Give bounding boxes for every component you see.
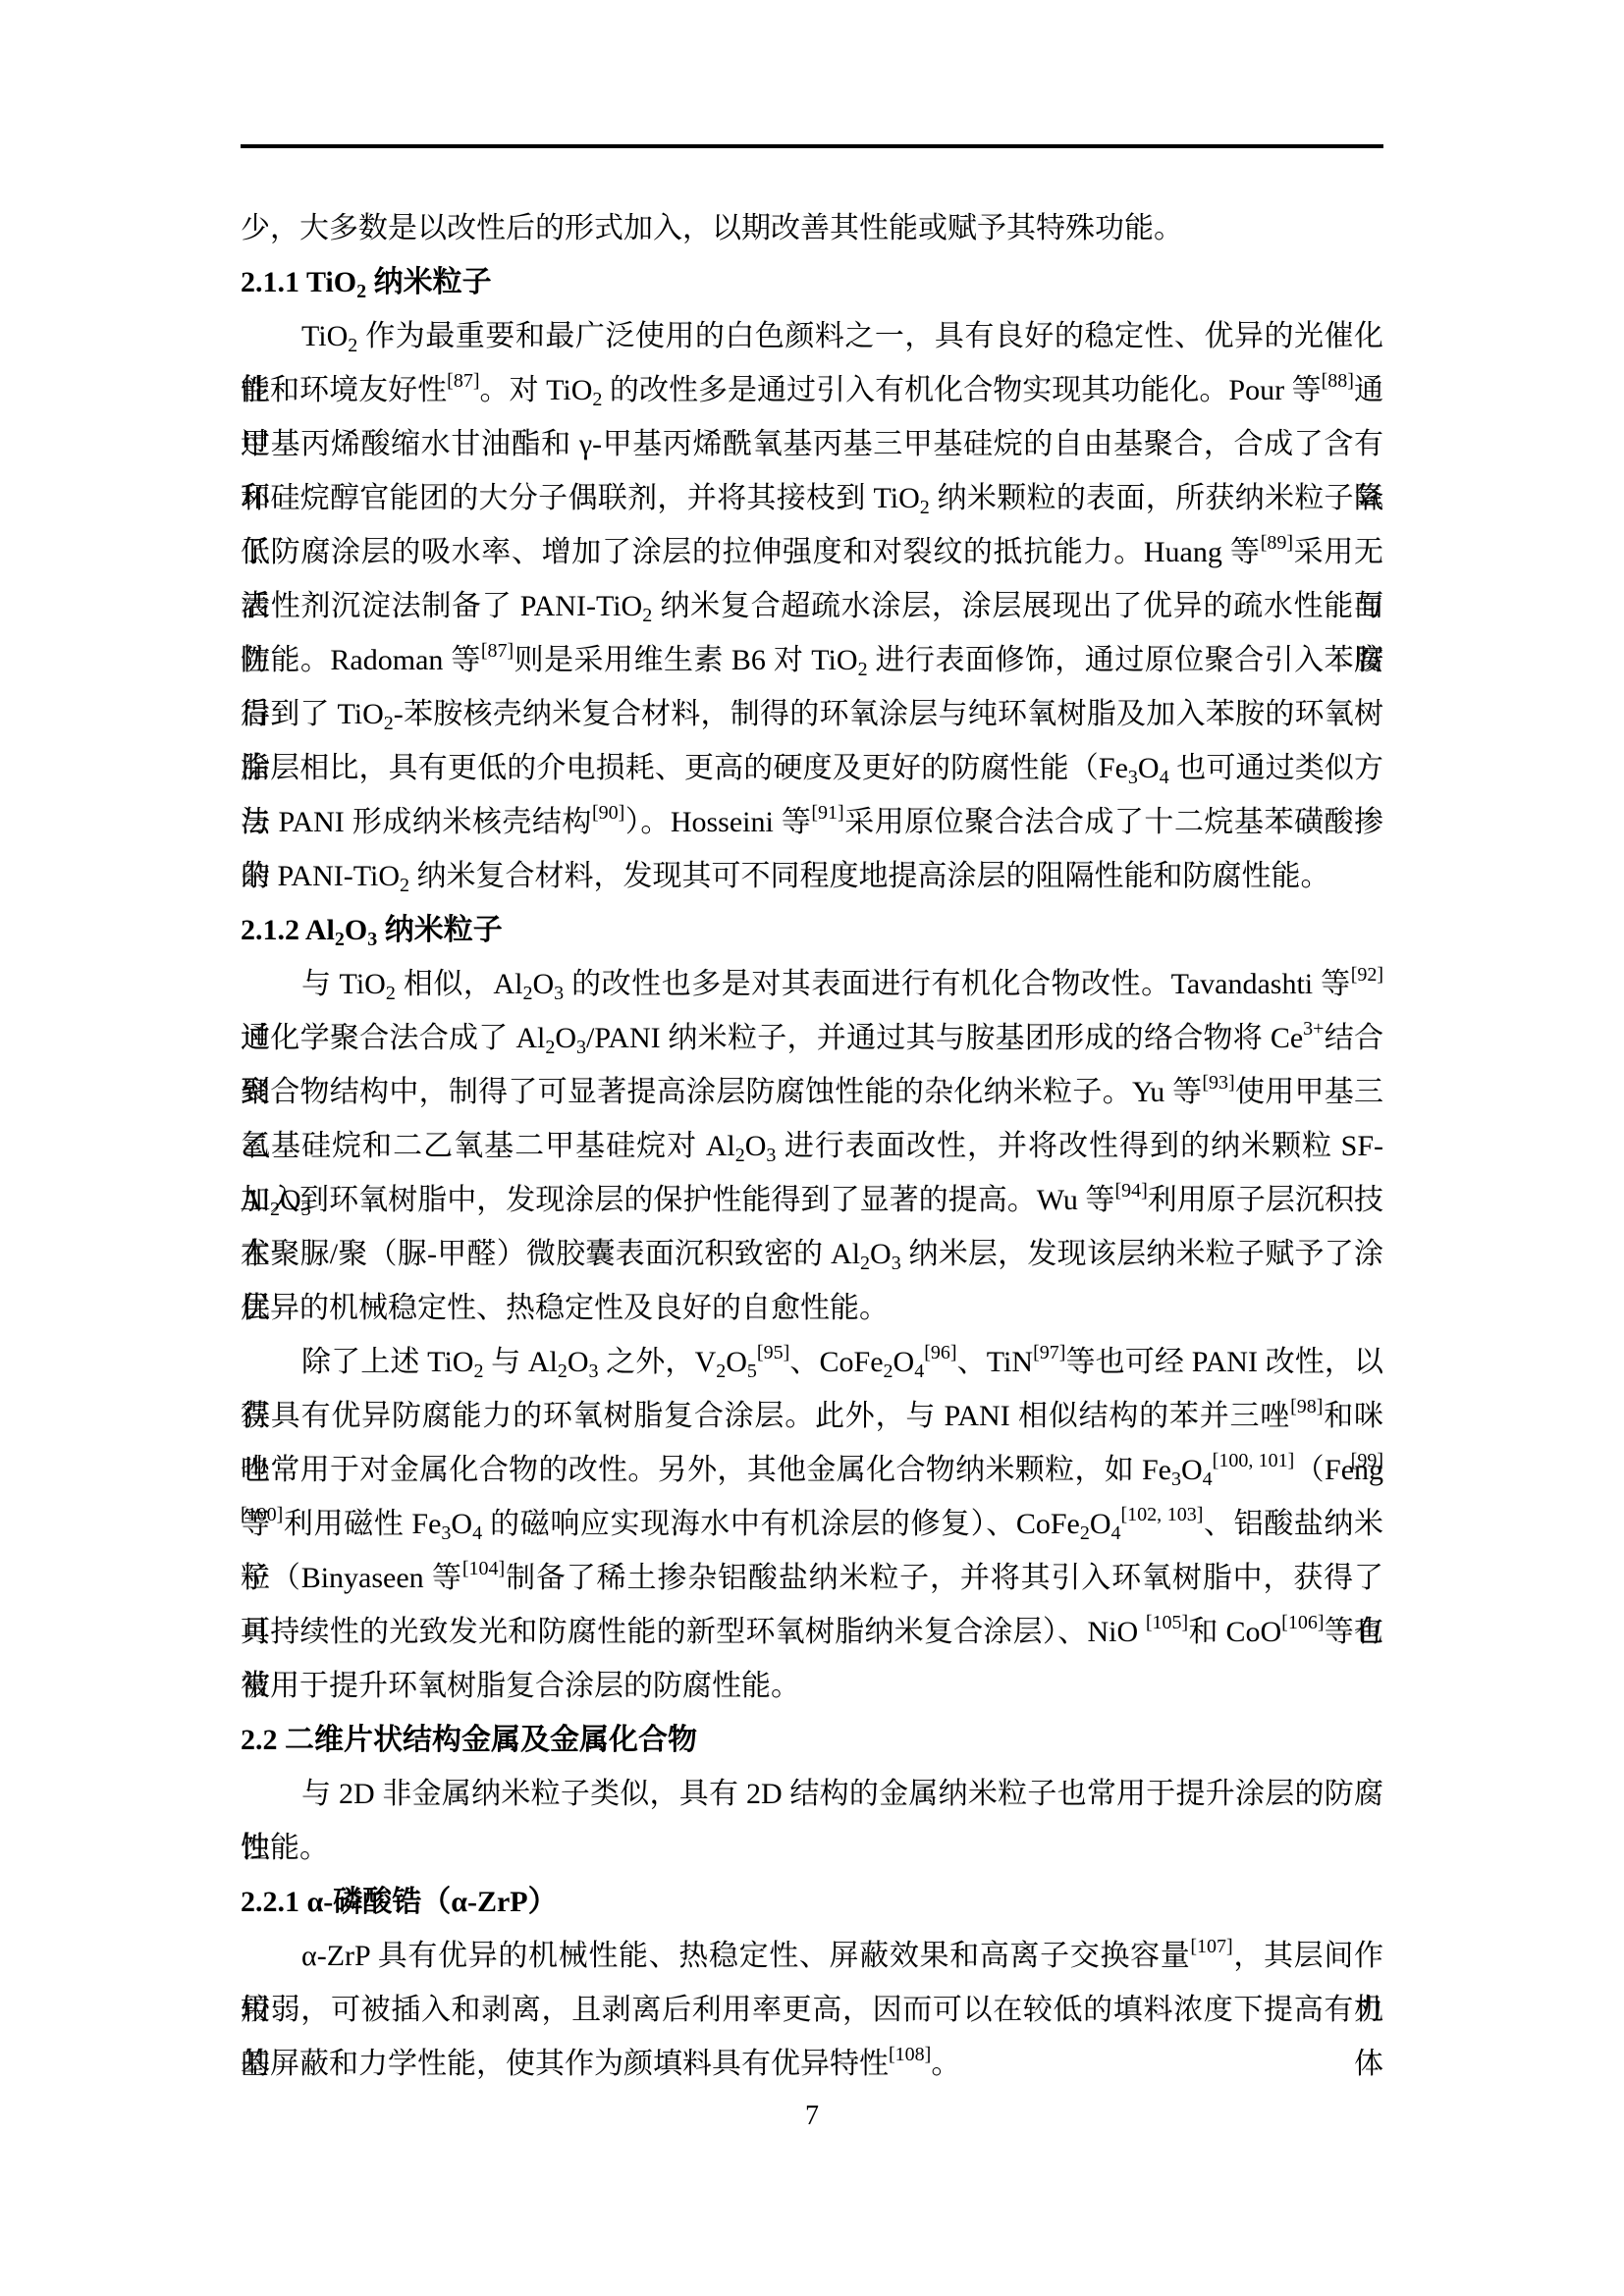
reference-superscript: [93] [1202, 1072, 1234, 1094]
text-line: 在聚脲/聚（脲-甲醛）微胶囊表面沉积致密的 Al2O3 纳米层，发现该层纳米粒子… [241, 1227, 1383, 1281]
chemical-subscript: 4 [914, 1361, 924, 1382]
chemical-subscript: 2 [920, 497, 930, 518]
text-line: 子（Binyaseen 等[104]制备了稀土掺杂铝酸盐纳米粒子，并将其引入环氧… [241, 1551, 1383, 1605]
chemical-subscript: 3 [367, 929, 377, 950]
chemical-subscript: 2 [642, 605, 652, 626]
text-line: 和硅烷醇官能团的大分子偶联剂，并将其接枝到 TiO2 纳米颗粒的表面，所获纳米粒… [241, 471, 1383, 525]
text-line: [100]利用磁性 Fe3O4 的磁响应实现海水中有机涂层的修复）、CoFe2O… [241, 1497, 1383, 1551]
page-body-text: 少，大多数是以改性后的形式加入，以期改善其性能或赋予其特殊功能。2.1.1 Ti… [241, 201, 1383, 2091]
chemical-subscript: 2 [386, 983, 396, 1004]
text-line: 聚合物结构中，制得了可显著提高涂层防腐蚀性能的杂化纳米粒子。Yu 等[93]使用… [241, 1065, 1383, 1119]
text-line: 甲基丙烯酸缩水甘油酯和 γ-甲基丙烯酰氧基丙基三甲基硅烷的自由基聚合，合成了含有… [241, 417, 1383, 471]
reference-superscript: [89] [1261, 532, 1293, 554]
reference-superscript: [95] [757, 1342, 789, 1363]
chemical-subscript: 3 [589, 1361, 599, 1382]
reference-superscript: [94] [1114, 1180, 1147, 1201]
chemical-subscript: 2 [1080, 1522, 1090, 1544]
chemical-subscript: 3 [576, 1037, 586, 1058]
reference-superscript: [99] [1351, 1450, 1383, 1471]
reference-superscript: [88] [1322, 370, 1354, 392]
section-heading: 2.1.1 TiO2 纳米粒子 [241, 255, 1383, 309]
chemical-subscript: 2 [473, 1361, 483, 1382]
text-line: 被用于提升环氧树脂复合涂层的防腐性能。 [241, 1659, 1383, 1713]
reference-superscript: 3+ [1303, 1018, 1324, 1040]
text-line: 氧基硅烷和二乙氧基二甲基硅烷对 Al2O3 进行表面改性，并将改性得到的纳米颗粒… [241, 1119, 1383, 1173]
chemical-subscript: 2 [716, 1361, 726, 1382]
reference-superscript: [107] [1190, 1936, 1232, 1957]
reference-superscript: [91] [811, 802, 843, 824]
chemical-subscript: 2 [735, 1145, 745, 1166]
chemical-subscript: 3 [554, 983, 564, 1004]
text-line: 性能。Radoman 等[87]则是采用维生素 B6 对 TiO2 进行表面修饰… [241, 633, 1383, 687]
text-line: 优异的机械稳定性、热稳定性及良好的自愈性能。 [241, 1281, 1383, 1335]
reference-superscript: [90] [592, 802, 624, 824]
reference-superscript: [87] [447, 370, 479, 392]
chemical-subscript: 2 [384, 713, 394, 734]
text-line: 过化学聚合法合成了 Al2O3/PANI 纳米粒子，并通过其与胺基团形成的络合物… [241, 1011, 1383, 1065]
chemical-subscript: 3 [1128, 767, 1138, 788]
chemical-subscript: 4 [1203, 1468, 1213, 1490]
section-heading: 2.2.1 α-磷酸锆（α-ZrP） [241, 1875, 1383, 1929]
chemical-subscript: 2 [348, 335, 357, 356]
chemical-subscript: 2 [335, 929, 345, 950]
text-line: 也常用于对金属化合物的改性。另外，其他金属化合物纳米颗粒，如 Fe3O4[100… [241, 1443, 1383, 1497]
text-line: 与 2D 非金属纳米粒子类似，具有 2D 结构的金属纳米粒子也常用于提升涂层的防… [241, 1767, 1383, 1821]
text-line: 除了上述 TiO2 与 Al2O3 之外，V2O5[95]、CoFe2O4[96… [241, 1335, 1383, 1389]
text-line: 涂层相比，具有更低的介电损耗、更高的硬度及更好的防腐性能（Fe3O4 也可通过类… [241, 741, 1383, 795]
reference-superscript: [106] [1281, 1612, 1324, 1633]
text-line: 少，大多数是以改性后的形式加入，以期改善其性能或赋予其特殊功能。 [241, 201, 1383, 255]
page-number: 7 [241, 2089, 1383, 2143]
chemical-subscript: 2 [545, 1037, 555, 1058]
reference-superscript: [102, 103] [1121, 1504, 1204, 1525]
section-heading: 2.2 二维片状结构金属及金属化合物 [241, 1713, 1383, 1767]
chemical-subscript: 3 [1171, 1468, 1181, 1490]
reference-superscript: [108] [889, 2044, 931, 2065]
reference-superscript: [105] [1146, 1612, 1188, 1633]
chemical-subscript: 2 [356, 281, 366, 302]
reference-superscript: [92] [1351, 964, 1383, 986]
text-line: 性能。 [241, 1821, 1383, 1875]
reference-superscript: [98] [1290, 1396, 1323, 1417]
document-page: 少，大多数是以改性后的形式加入，以期改善其性能或赋予其特殊功能。2.1.1 Ti… [0, 0, 1624, 2296]
text-line: 了防腐涂层的吸水率、增加了涂层的拉伸强度和对裂纹的抵抗能力。Huang 等[89… [241, 525, 1383, 579]
chemical-subscript: 3 [892, 1253, 901, 1274]
chemical-subscript: 3 [441, 1522, 451, 1544]
text-line: 较弱，可被插入和剥离，且剥离后利用率更高，因而可以在较低的填料浓度下提高有机基体 [241, 1983, 1383, 2037]
chemical-subscript: 2 [592, 389, 602, 410]
chemical-subscript: 2 [558, 1361, 568, 1382]
reference-superscript: [100, 101] [1213, 1450, 1295, 1471]
text-line: TiO2 作为最重要和最广泛使用的白色颜料之一，具有良好的稳定性、优异的光催化性 [241, 309, 1383, 363]
chemical-subscript: 2 [522, 983, 532, 1004]
text-line: 可持续性的光致发光和防腐性能的新型环氧树脂纳米复合涂层）、NiO [105]和 … [241, 1605, 1383, 1659]
header-rule [241, 144, 1383, 148]
chemical-subscript: 2 [858, 659, 868, 680]
section-heading: 2.1.2 Al2O3 纳米粒子 [241, 903, 1383, 957]
text-line: 与 PANI 形成纳米核壳结构[90]）。Hosseini 等[91]采用原位聚… [241, 795, 1383, 849]
text-line: 的 PANI-TiO2 纳米复合材料，发现其可不同程度地提高涂层的阻隔性能和防腐… [241, 849, 1383, 903]
text-line: 能和环境友好性[87]。对 TiO2 的改性多是通过引入有机化合物实现其功能化。… [241, 363, 1383, 417]
chemical-subscript: 4 [1111, 1522, 1121, 1544]
chemical-subscript: 5 [747, 1361, 757, 1382]
chemical-subscript: 2 [860, 1253, 870, 1274]
reference-superscript: [100] [241, 1504, 283, 1525]
reference-superscript: [96] [924, 1342, 956, 1363]
chemical-subscript: 2 [884, 1361, 893, 1382]
reference-superscript: [87] [481, 640, 514, 662]
chemical-subscript: 4 [472, 1522, 482, 1544]
chemical-subscript: 3 [301, 1199, 311, 1220]
text-line: 得具有优异防腐能力的环氧树脂复合涂层。此外，与 PANI 相似结构的苯并三唑[9… [241, 1389, 1383, 1443]
reference-superscript: [104] [462, 1558, 505, 1579]
chemical-subscript: 2 [270, 1199, 280, 1220]
text-line: 得到了 TiO2-苯胺核壳纳米复合材料，制得的环氧涂层与纯环氧树脂及加入苯胺的环… [241, 687, 1383, 741]
chemical-subscript: 3 [766, 1145, 776, 1166]
chemical-subscript: 4 [1160, 767, 1169, 788]
text-line: α-ZrP 具有优异的机械性能、热稳定性、屏蔽效果和高离子交换容量[107]，其… [241, 1929, 1383, 1983]
text-line: 加入到环氧树脂中，发现涂层的保护性能得到了显著的提高。Wu 等[94]利用原子层… [241, 1173, 1383, 1227]
text-line: 活性剂沉淀法制备了 PANI-TiO2 纳米复合超疏水涂层，涂层展现出了优异的疏… [241, 579, 1383, 633]
reference-superscript: [97] [1033, 1342, 1065, 1363]
chemical-subscript: 2 [400, 875, 409, 896]
text-line: 与 TiO2 相似，Al2O3 的改性也多是对其表面进行有机化合物改性。Tava… [241, 957, 1383, 1011]
